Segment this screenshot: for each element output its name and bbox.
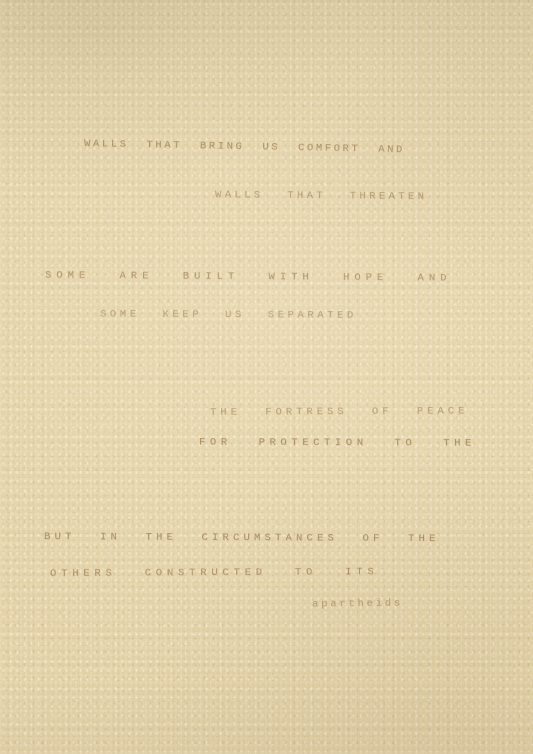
poem-line-8: OTHERS CONSTRUCTED TO ITS	[50, 566, 379, 580]
poem-line-6: FOR PROTECTION TO THE	[199, 437, 476, 450]
poem-line-7: BUT IN THE CIRCUMSTANCES OF THE	[44, 531, 440, 545]
artwork-photo: WALLS THAT BRING US COMFORT AND WALLS TH…	[0, 0, 533, 754]
poem-line-5: THE FORTRESS OF PEACE	[210, 405, 468, 418]
poem-line-9: apartheids	[312, 598, 403, 611]
poem-line-4: SOME KEEP US SEPARATED	[100, 308, 357, 321]
poem-line-2: WALLS THAT THREATEN	[215, 189, 427, 203]
paper-shading	[0, 0, 533, 754]
